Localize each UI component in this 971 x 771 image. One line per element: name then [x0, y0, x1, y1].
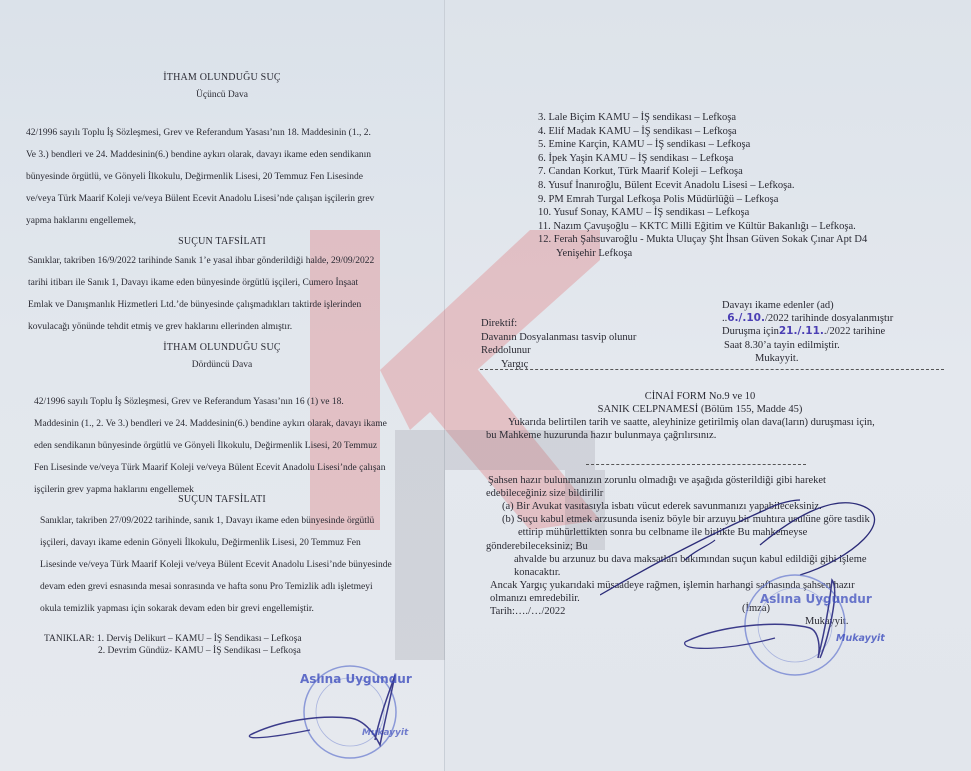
charge-line: Fen Lisesinde ve/veya Türk Maarif Koleji… — [34, 457, 418, 479]
witness-item: 9. PM Emrah Turgal Lefkoşa Polis Müdürlü… — [538, 193, 867, 207]
details-line: Sanıklar, takriben 27/09/2022 tarihinde,… — [40, 510, 418, 532]
section1-subheading: Üçüncü Dava — [0, 90, 444, 100]
details-line: Emlak ve Danışmanlık Hizmetleri Ltd.’de … — [28, 294, 418, 316]
details-line: tarihi itibarı ile Sanık 1, Davayı ikame… — [28, 272, 418, 294]
witness-item: 10. Yusuf Sonay, KAMU – İŞ sendikası – L… — [538, 206, 867, 220]
form-date: Tarih:…./…/2022 — [490, 605, 565, 619]
filing-signer: Mukayyit. — [755, 352, 798, 366]
charge-line: yapma haklarını engellemek, — [26, 210, 418, 232]
witness-item: 6. İpek Yaşin KAMU – İŞ sendikası – Lefk… — [538, 152, 867, 166]
court-stamp-right — [680, 570, 910, 680]
charge-line: 42/1996 sayılı Toplu İş Sözleşmesi, Grev… — [34, 391, 418, 413]
charge-line: bünyesinde örgütlü, ve Gönyeli İlkokulu,… — [26, 166, 418, 188]
witness-item: 4. Elif Madak KAMU – İŞ sendikası – Lefk… — [538, 125, 867, 139]
section1-details-heading: SUÇUN TAFSİLATI — [0, 236, 444, 247]
section2-details: Sanıklar, takriben 27/09/2022 tarihinde,… — [40, 510, 418, 620]
filing-line2: ..6./.10./2022 tarihinde dosyalanmıştır — [722, 312, 893, 326]
divider — [586, 464, 806, 465]
witness-item: 3. Lale Biçim KAMU – İŞ sendikası – Lefk… — [538, 111, 867, 125]
form-notice-line2: edebileceğiniz size bildirilir — [486, 487, 603, 501]
charge-line: Ve 3.) bendleri ve 24. Maddesinin(6.) be… — [26, 144, 418, 166]
filing-line1: Davayı ikame edenler (ad) — [722, 299, 834, 313]
handwritten-hearing-date: 21./.11. — [779, 325, 824, 337]
section2-charge: 42/1996 sayılı Toplu İş Sözleşmesi, Grev… — [34, 391, 418, 501]
directive-block: Direktif: Davanın Dosyalanması tasvip ol… — [481, 317, 636, 371]
form-notice-line1: Şahsen hazır bulunmanızın zorunlu olmadı… — [488, 474, 826, 488]
witness-item: 1. Derviş Delikurt – KAMU – İŞ Sendikası… — [97, 634, 302, 644]
section1-charge: 42/1996 sayılı Toplu İş Sözleşmesi, Grev… — [26, 122, 418, 232]
details-line: kovulacağı yönünde tehdit etmiş ve grev … — [28, 316, 418, 338]
form-option-b-line5: konacaktır. — [514, 566, 560, 580]
stamp-name-left: Aslına Uygundur — [300, 672, 412, 686]
witness-item: 12. Ferah Şahsuvaroğlu - Mukta Uluçay Şh… — [538, 233, 867, 247]
witnesses-label: TANIKLAR: — [44, 634, 94, 644]
witness-item: 2. Devrim Gündüz- KAMU – İŞ Sendikası – … — [98, 645, 301, 657]
stamp-role-right: Mukayyit — [836, 633, 885, 644]
witness-list-continued: 3. Lale Biçim KAMU – İŞ sendikası – Lefk… — [538, 111, 867, 261]
witness-item: 7. Candan Korkut, Türk Maarif Koleji – L… — [538, 165, 867, 179]
details-line: Lisesinde ve/veya Türk Maarif Koleji ve/… — [40, 554, 418, 576]
divider — [480, 369, 944, 370]
form-title: CİNAİ FORM No.9 ve 10 — [470, 390, 930, 404]
charge-line: Maddesinin (1., 2. Ve 3.) bendleri ve 24… — [34, 413, 418, 435]
directive-label: Direktif: — [481, 317, 636, 331]
directive-reject: Reddolunur — [481, 344, 636, 358]
section2-subheading: Dördüncü Dava — [0, 360, 444, 370]
form-subtitle: SANIK CELPNAMESİ (Bölüm 155, Madde 45) — [470, 403, 930, 417]
witness-item: 11. Nazım Çavuşoğlu – KKTC Milli Eğitim … — [538, 220, 867, 234]
section2-details-heading: SUÇUN TAFSİLATI — [0, 494, 444, 505]
witness-item: 8. Yusuf İnanıroğlu, Bülent Ecevit Anado… — [538, 179, 867, 193]
witness-item-continuation: Yenişehir Lefkoşa — [538, 247, 867, 261]
charge-line: eden sendikanın bünyesinde örgütlü ve Gö… — [34, 435, 418, 457]
section1-heading: İTHAM OLUNDUĞU SUÇ — [0, 72, 444, 83]
filing-line3: Duruşma için21./.11../2022 tarihine — [722, 325, 885, 339]
witnesses-block: TANIKLAR: 1. Derviş Delikurt – KAMU – İŞ… — [44, 633, 302, 645]
directive-approve: Davanın Dosyalanması tasvip olunur — [481, 331, 636, 345]
details-line: işçileri, davayı ikame edenin Gönyeli İl… — [40, 532, 418, 554]
form-intro-line1: Yukarıda belirtilen tarih ve saatte, ale… — [508, 416, 875, 430]
charge-line: 42/1996 sayılı Toplu İş Sözleşmesi, Grev… — [26, 122, 418, 144]
handwritten-filing-date: 6./.10. — [727, 312, 765, 324]
witness-item: 5. Emine Karçin, KAMU – İŞ sendikası – L… — [538, 138, 867, 152]
form-option-b-line3: gönderebileceksiniz; Bu — [486, 540, 588, 554]
stamp-name-right: Aslına Uygundur — [760, 592, 872, 606]
charge-line: ve/veya Türk Maarif Koleji ve/veya Bülen… — [26, 188, 418, 210]
details-line: okula temizlik yapması için sokarak deva… — [40, 598, 418, 620]
form-intro-line2: bu Mahkeme huzurunda hazır bulunmaya çağ… — [486, 429, 716, 443]
form-closing-line2: olmanızı emredebilir. — [490, 592, 580, 606]
section2-heading: İTHAM OLUNDUĞU SUÇ — [0, 342, 444, 353]
details-line: devam eden grevi esnasında mesai sonrası… — [40, 576, 418, 598]
filing-line4: Saat 8.30’a tayin edilmiştir. — [724, 339, 840, 353]
stamp-role-left: Mukayyit — [362, 728, 408, 738]
details-line: Sanıklar, takriben 16/9/2022 tarihinde S… — [28, 250, 418, 272]
section1-details: Sanıklar, takriben 16/9/2022 tarihinde S… — [28, 250, 418, 338]
